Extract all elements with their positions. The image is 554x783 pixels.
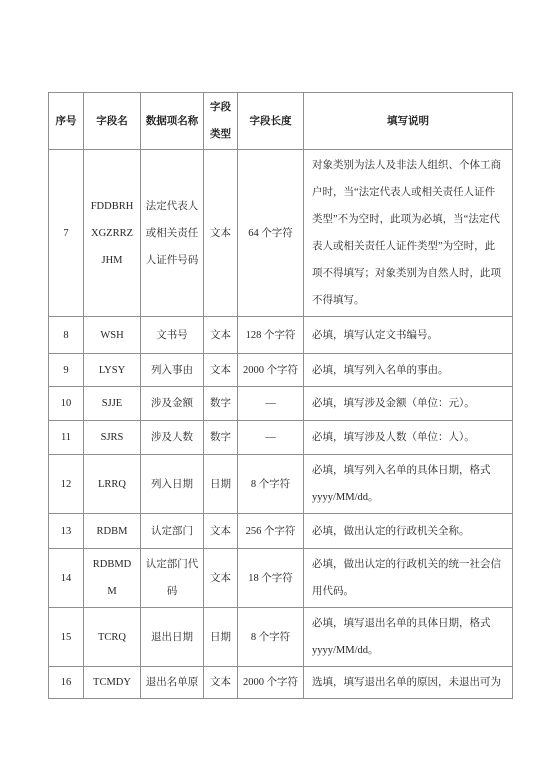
cell-data-item-name: 退出名单原 bbox=[141, 667, 204, 699]
table-row: 12 LRRQ 列入日期 日期 8 个字符 必填，填写列入名单的具体日期，格式 … bbox=[49, 455, 513, 514]
cell-field-length: 18 个字符 bbox=[238, 549, 304, 608]
cell-data-item-name: 文书号 bbox=[141, 317, 204, 354]
cell-field-length: — bbox=[238, 421, 304, 455]
cell-data-item-name: 列入日期 bbox=[141, 455, 204, 514]
cell-field-type: 文本 bbox=[204, 549, 238, 608]
cell-no: 14 bbox=[49, 549, 84, 608]
table-row: 8 WSH 文书号 文本 128 个字符 必填，填写认定文书编号。 bbox=[49, 317, 513, 354]
cell-no: 7 bbox=[49, 150, 84, 317]
cell-field-name: LYSY bbox=[84, 354, 141, 387]
cell-data-item-name: 涉及金额 bbox=[141, 387, 204, 421]
cell-data-item-name: 涉及人数 bbox=[141, 421, 204, 455]
table-row: 16 TCMDY 退出名单原 文本 2000 个字符 选填，填写退出名单的原因，… bbox=[49, 667, 513, 699]
table-row: 10 SJJE 涉及金额 数字 — 必填，填写涉及金额（单位：元）。 bbox=[49, 387, 513, 421]
header-field-name: 字段名 bbox=[84, 93, 141, 150]
cell-field-length: 2000 个字符 bbox=[238, 667, 304, 699]
cell-field-name: SJJE bbox=[84, 387, 141, 421]
cell-description: 必填，做出认定的行政机关的统一社会信用代码。 bbox=[304, 549, 513, 608]
cell-field-type: 文本 bbox=[204, 514, 238, 549]
cell-description: 必填，填写退出名单的具体日期，格式 yyyy/MM/dd。 bbox=[304, 608, 513, 667]
table-row: 15 TCRQ 退出日期 日期 8 个字符 必填，填写退出名单的具体日期，格式 … bbox=[49, 608, 513, 667]
table-header-row: 序号 字段名 数据项名称 字段 类型 字段长度 填写说明 bbox=[49, 93, 513, 150]
cell-field-length: 256 个字符 bbox=[238, 514, 304, 549]
cell-field-length: 8 个字符 bbox=[238, 608, 304, 667]
cell-field-name: TCMDY bbox=[84, 667, 141, 699]
cell-field-length: — bbox=[238, 387, 304, 421]
table-row: 11 SJRS 涉及人数 数字 — 必填，填写涉及人数（单位：人）。 bbox=[49, 421, 513, 455]
cell-data-item-name: 认定部门代 码 bbox=[141, 549, 204, 608]
cell-field-type: 文本 bbox=[204, 150, 238, 317]
cell-data-item-name: 列入事由 bbox=[141, 354, 204, 387]
cell-field-name: FDDBRH XGZRRZ JHM bbox=[84, 150, 141, 317]
cell-field-type: 文本 bbox=[204, 667, 238, 699]
header-field-type: 字段 类型 bbox=[204, 93, 238, 150]
cell-field-length: 128 个字符 bbox=[238, 317, 304, 354]
cell-data-item-name: 认定部门 bbox=[141, 514, 204, 549]
cell-no: 16 bbox=[49, 667, 84, 699]
cell-no: 8 bbox=[49, 317, 84, 354]
cell-field-type: 日期 bbox=[204, 455, 238, 514]
cell-description: 必填，填写列入名单的事由。 bbox=[304, 354, 513, 387]
cell-field-length: 64 个字符 bbox=[238, 150, 304, 317]
cell-field-name: WSH bbox=[84, 317, 141, 354]
cell-description: 选填，填写退出名单的原因，未退出可为 bbox=[304, 667, 513, 699]
cell-field-length: 2000 个字符 bbox=[238, 354, 304, 387]
field-spec-table: 序号 字段名 数据项名称 字段 类型 字段长度 填写说明 7 FDDBRH XG… bbox=[48, 92, 513, 699]
cell-no: 13 bbox=[49, 514, 84, 549]
cell-description: 必填，做出认定的行政机关全称。 bbox=[304, 514, 513, 549]
cell-description: 必填，填写涉及金额（单位：元）。 bbox=[304, 387, 513, 421]
cell-no: 12 bbox=[49, 455, 84, 514]
cell-description: 必填，填写列入名单的具体日期，格式 yyyy/MM/dd。 bbox=[304, 455, 513, 514]
cell-field-name: RDBMD M bbox=[84, 549, 141, 608]
cell-field-name: TCRQ bbox=[84, 608, 141, 667]
cell-description: 对象类别为法人及非法人组织、个体工商户时，当“法定代表人或相关责任人证件类型”不… bbox=[304, 150, 513, 317]
cell-no: 9 bbox=[49, 354, 84, 387]
cell-field-type: 日期 bbox=[204, 608, 238, 667]
cell-no: 10 bbox=[49, 387, 84, 421]
cell-field-type: 文本 bbox=[204, 317, 238, 354]
header-no: 序号 bbox=[49, 93, 84, 150]
cell-data-item-name: 法定代表人 或相关责任 人证件号码 bbox=[141, 150, 204, 317]
document-page: 序号 字段名 数据项名称 字段 类型 字段长度 填写说明 7 FDDBRH XG… bbox=[0, 0, 554, 783]
cell-field-type: 文本 bbox=[204, 354, 238, 387]
cell-field-name: RDBM bbox=[84, 514, 141, 549]
cell-data-item-name: 退出日期 bbox=[141, 608, 204, 667]
cell-no: 11 bbox=[49, 421, 84, 455]
table-row: 7 FDDBRH XGZRRZ JHM 法定代表人 或相关责任 人证件号码 文本… bbox=[49, 150, 513, 317]
cell-field-name: LRRQ bbox=[84, 455, 141, 514]
cell-no: 15 bbox=[49, 608, 84, 667]
cell-field-name: SJRS bbox=[84, 421, 141, 455]
cell-description: 必填，填写涉及人数（单位：人）。 bbox=[304, 421, 513, 455]
header-field-length: 字段长度 bbox=[238, 93, 304, 150]
table-row: 13 RDBM 认定部门 文本 256 个字符 必填，做出认定的行政机关全称。 bbox=[49, 514, 513, 549]
cell-description: 必填，填写认定文书编号。 bbox=[304, 317, 513, 354]
header-fill-instructions: 填写说明 bbox=[304, 93, 513, 150]
cell-field-type: 数字 bbox=[204, 421, 238, 455]
table-row: 14 RDBMD M 认定部门代 码 文本 18 个字符 必填，做出认定的行政机… bbox=[49, 549, 513, 608]
header-data-item-name: 数据项名称 bbox=[141, 93, 204, 150]
cell-field-type: 数字 bbox=[204, 387, 238, 421]
table-row: 9 LYSY 列入事由 文本 2000 个字符 必填，填写列入名单的事由。 bbox=[49, 354, 513, 387]
cell-field-length: 8 个字符 bbox=[238, 455, 304, 514]
